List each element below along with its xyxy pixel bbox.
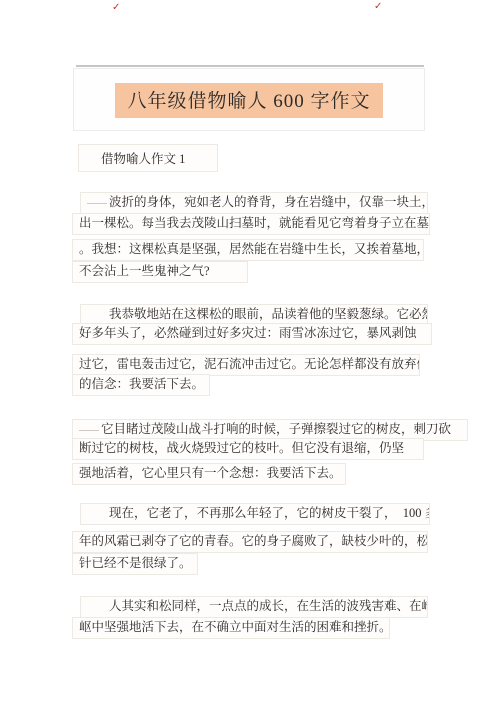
document-page: ✓ ✓ 八年级借物喻人 600 字作文 借物喻人作文 1 波折的身体，宛如老人的… <box>0 0 500 708</box>
text-line: 针已经不是很绿了。 <box>72 553 198 575</box>
text-line: 不会沾上一些鬼神之气? <box>72 261 248 283</box>
text-line-content: 年的风霜已剥夺了它的青春。它的身子腐败了，缺枝少叶的，松 <box>79 534 428 548</box>
text-line: 年的风霜已剥夺了它的青春。它的身子腐败了，缺枝少叶的，松 <box>72 531 428 553</box>
text-line: 断过它的树枝，战火烧毁过它的枝叶。但它没有退缩，仍坚 <box>72 438 424 460</box>
text-line: 岖中坚强地活下去，在不确立中面对生活的困难和挫折。 <box>72 617 390 639</box>
text-line-content: 针已经不是很绿了。 <box>79 556 192 570</box>
title-container: 八年级借物喻人 600 字作文 <box>73 68 425 131</box>
text-line: 的信念：我要活下去。 <box>72 374 210 396</box>
page-title: 八年级借物喻人 600 字作文 <box>115 83 382 118</box>
text-line-content: 。我想：这棵松真是坚强，居然能在岩缝中生长，又挨着墓地，会 <box>79 242 424 256</box>
text-line: 出一棵松。每当我去茂陵山扫墓时，就能看见它弯着身子立在墓旁 <box>72 213 430 235</box>
text-line-content: 岖中坚强地活下去，在不确立中面对生活的困难和挫折。 <box>79 620 390 634</box>
text-line-content: 我恭敬地站在这棵松的眼前，品读着他的坚毅葱绿。它必然有 <box>109 307 428 321</box>
text-line: 过它，雷电轰击过它，泥石流冲击过它。无论怎样都没有放弃他 <box>72 354 420 376</box>
underline-artifact <box>79 430 99 431</box>
text-line: 波折的身体，宛如老人的脊背，身在岩缝中，仅靠一块土，长 <box>80 192 428 214</box>
text-line-content: 的信念：我要活下去。 <box>79 377 204 391</box>
text-line: 人其实和松同样，一点点的成长，在生活的波残害难、在崎 <box>80 596 428 618</box>
text-line: 现在，它老了，不再那么年轻了，它的树皮干裂了， 100 多 <box>80 503 430 525</box>
red-check-mark: ✓ <box>374 2 382 12</box>
text-line-content: 过它，雷电轰击过它，泥石流冲击过它。无论怎样都没有放弃他 <box>79 357 420 371</box>
text-line-content: 波折的身体，宛如老人的脊背，身在岩缝中，仅靠一块土，长 <box>109 195 428 209</box>
text-line-content: 出一棵松。每当我去茂陵山扫墓时，就能看见它弯着身子立在墓旁 <box>79 216 430 230</box>
text-line: 。我想：这棵松真是坚强，居然能在岩缝中生长，又挨着墓地，会 <box>72 239 424 261</box>
red-check-mark: ✓ <box>112 3 120 13</box>
text-line: 好多年头了，必然碰到过好多灾过：雨雪冰冻过它，暴风剥蚀 <box>72 323 432 345</box>
top-divider-rule <box>76 65 424 67</box>
text-line: 强地活着，它心里只有一个念想：我要活下去。 <box>72 463 346 485</box>
text-line-content: 现在，它老了，不再那么年轻了，它的树皮干裂了， 100 多 <box>109 506 430 520</box>
text-line-content: 人其实和松同样，一点点的成长，在生活的波残害难、在崎 <box>109 599 428 613</box>
underline-artifact <box>87 203 107 204</box>
text-line-content: 不会沾上一些鬼神之气? <box>79 264 210 278</box>
text-line-content: 它目睹过茂陵山战斗打响的时候，子弹擦裂过它的树皮，刺刀砍 <box>101 422 451 436</box>
text-line-content: 好多年头了，必然碰到过好多灾过：雨雪冰冻过它，暴风剥蚀 <box>79 326 417 340</box>
section-label: 借物喻人作文 1 <box>78 144 218 172</box>
text-line-content: 断过它的树枝，战火烧毁过它的枝叶。但它没有退缩，仍坚 <box>79 441 404 455</box>
text-line-content: 强地活着，它心里只有一个念想：我要活下去。 <box>79 466 342 480</box>
